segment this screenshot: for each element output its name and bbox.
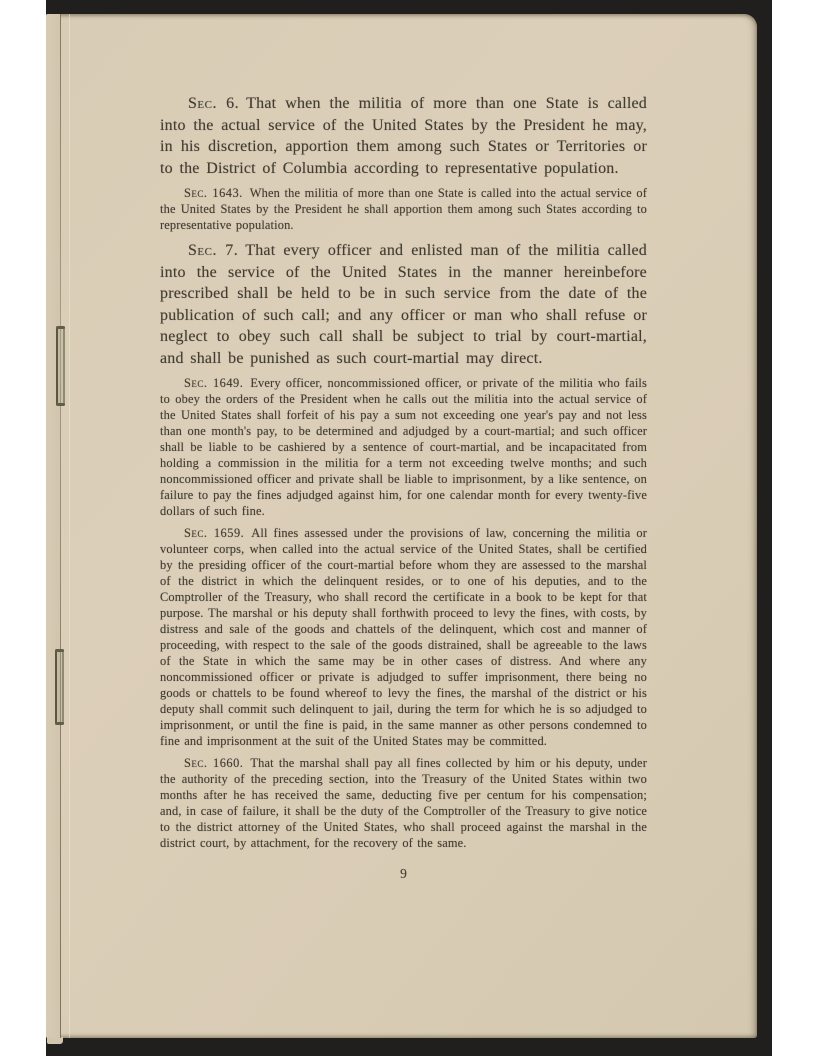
paragraph-sec-7: Sec. 7.That every officer and enlisted m… bbox=[160, 240, 647, 369]
paragraph-sec-1660: Sec. 1660.That the marshal shall pay all… bbox=[160, 755, 647, 851]
paragraph-sec-1659: Sec. 1659.All fines assessed under the p… bbox=[160, 525, 647, 749]
section-text: That every officer and enlisted man of t… bbox=[160, 242, 647, 367]
paragraph-sec-1643: Sec. 1643.When the militia of more than … bbox=[160, 185, 647, 233]
section-label: Sec. 1660. bbox=[184, 756, 243, 770]
under-page-corner bbox=[47, 1037, 63, 1044]
section-text: Every officer, noncommissioned officer, … bbox=[160, 376, 647, 518]
section-label: Sec. 6. bbox=[188, 95, 239, 112]
section-label: Sec. 1659. bbox=[184, 526, 244, 540]
page-crease bbox=[69, 14, 70, 1038]
book-page: Sec. 6.That when the militia of more tha… bbox=[46, 14, 757, 1038]
page-text-block: Sec. 6.That when the militia of more tha… bbox=[160, 93, 647, 882]
binding-staple-icon bbox=[56, 328, 65, 404]
paragraph-sec-1649: Sec. 1649.Every officer, noncommissioned… bbox=[160, 375, 647, 519]
section-label: Sec. 7. bbox=[188, 242, 238, 259]
paragraph-sec-6: Sec. 6.That when the militia of more tha… bbox=[160, 93, 647, 179]
binding-staple-icon bbox=[55, 651, 64, 723]
section-text: That the marshal shall pay all fines col… bbox=[160, 756, 647, 850]
binding-fold-line bbox=[60, 14, 61, 1038]
section-text: All fines assessed under the provisions … bbox=[160, 526, 647, 748]
section-label: Sec. 1643. bbox=[184, 186, 243, 200]
section-label: Sec. 1649. bbox=[184, 376, 243, 390]
under-page-edge bbox=[46, 14, 60, 1038]
page-number: 9 bbox=[160, 866, 647, 882]
